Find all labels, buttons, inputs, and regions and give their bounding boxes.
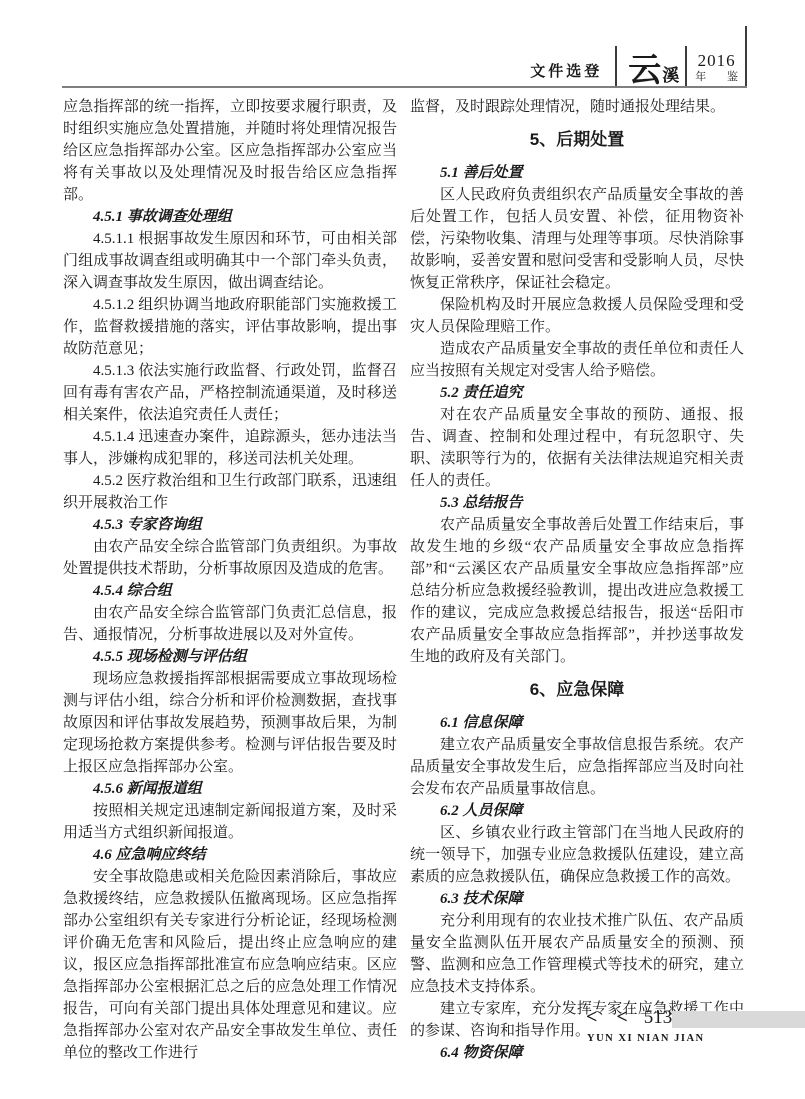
yearbook-page: 文件选登 云 溪 2016 年 鉴 应急指挥部的统一指挥，立即按要求履行职责，及… [0,0,805,1099]
paragraph: 造成农产品质量安全事故的责任单位和责任人应当按照有关规定对受害人给予赔偿。 [410,338,744,382]
sub-heading: 5.1 善后处置 [410,162,744,184]
edition-label: 年 鉴 [695,70,747,84]
paragraph: 4.5.1.3 依法实施行政监督、行政处罚，监督召回有毒有害农产品，严格控制流通… [63,360,397,426]
paragraph: 应急指挥部的统一指挥，立即按要求履行职责，及时组织实施应急处置措施，并随时将处理… [63,96,397,206]
header-divider [745,26,747,86]
footer-bar [672,1011,805,1028]
page-number: 513 [644,1007,673,1029]
section-heading: 6、应急保障 [410,668,744,712]
header-divider [615,46,617,86]
paragraph: 保险机构及时开展应急救援人员保险受理和受灾人员保险理赔工作。 [410,294,744,338]
paragraph: 按照相关规定迅速制定新闻报道方案，及时采用适当方式组织新闻报道。 [63,800,397,844]
paragraph: 充分利用现有的农业技术推广队伍、农产品质量安全监测队伍开展农产品质量安全的预测、… [410,910,744,998]
yearbook-logo: 云 溪 [628,56,679,86]
paragraph: 4.5.1.4 迅速查办案件，追踪源头，惩办违法当事人，涉嫌构成犯罪的，移送司法… [63,426,397,470]
sub-heading: 4.5.4 综合组 [63,580,397,602]
sub-heading: 4.5.3 专家咨询组 [63,514,397,536]
edition-year: 2016 [698,51,736,70]
sub-heading: 4.5.5 现场检测与评估组 [63,646,397,668]
sub-heading: 5.3 总结报告 [410,492,744,514]
paragraph: 区、乡镇农业行政主管部门在当地人民政府的统一领导下，加强专业应急救援队伍建设，建… [410,822,744,888]
sub-heading: 6.4 物资保障 [410,1042,744,1064]
page-header: 文件选登 云 溪 2016 年 鉴 [530,36,747,86]
sub-heading: 6.2 人员保障 [410,800,744,822]
left-column: 应急指挥部的统一指挥，立即按要求履行职责，及时组织实施应急处置措施，并随时将处理… [63,96,397,1064]
paragraph: 4.5.1.1 根据事故发生原因和环节，可由相关部门组成事故调查组或明确其中一个… [63,228,397,294]
paragraph: 由农产品安全综合监管部门负责组织。为事故处置提供技术帮助，分析事故原因及造成的危… [63,536,397,580]
sub-heading: 6.3 技术保障 [410,888,744,910]
sub-heading: 6.1 信息保障 [410,712,744,734]
sub-heading: 4.6 应急响应终结 [63,844,397,866]
paragraph: 建立农产品质量安全事故信息报告系统。农产品质量安全事故发生后，应急指挥部应当及时… [410,734,744,800]
sub-heading: 4.5.6 新闻报道组 [63,778,397,800]
paragraph: 区人民政府负责组织农产品质量安全事故的善后处置工作，包括人员安置、补偿，征用物资… [410,184,744,294]
document-body: 应急指挥部的统一指挥，立即按要求履行职责，及时组织实施应急处置措施，并随时将处理… [63,96,745,1064]
edition-box: 2016 年 鉴 [695,51,738,86]
page-number-line: < < 513 [586,1006,672,1029]
page-marker-arrows: < < [586,1006,635,1029]
paragraph: 对在农产品质量安全事故的预防、通报、报告、调查、控制和处理过程中，有玩忽职守、失… [410,404,744,492]
romanized-title: YUN XI NIAN JIAN [587,1033,705,1044]
right-column: 监督，及时跟踪处理情况，随时通报处理结果。5、后期处置5.1 善后处置区人民政府… [410,96,744,1064]
logo-main-character: 云 [628,56,661,86]
paragraph: 安全事故隐患或相关危险因素消除后，事故应急救援终结，应急救援队伍撤离现场。区应急… [63,866,397,1064]
paragraph: 由农产品安全综合监管部门负责汇总信息，报告、通报情况，分析事故进展以及对外宣传。 [63,602,397,646]
header-divider [685,46,687,86]
section-heading: 5、后期处置 [410,118,744,162]
paragraph: 农产品质量安全事故善后处置工作结束后，事故发生地的乡级“农产品质量安全事故应急指… [410,514,744,668]
paragraph: 4.5.2 医疗救治组和卫生行政部门联系，迅速组织开展救治工作 [63,470,397,514]
section-label: 文件选登 [530,60,602,86]
paragraph: 现场应急救援指挥部根据需要成立事故现场检测与评估小组，综合分析和评价检测数据，查… [63,668,397,778]
paragraph: 4.5.1.2 组织协调当地政府职能部门实施救援工作，监督救援措施的落实，评估事… [63,294,397,360]
sub-heading: 4.5.1 事故调查处理组 [63,206,397,228]
sub-heading: 5.2 责任追究 [410,382,744,404]
paragraph: 监督，及时跟踪处理情况，随时通报处理结果。 [410,96,744,118]
logo-sub-character: 溪 [662,66,679,86]
header-rule [62,86,747,88]
